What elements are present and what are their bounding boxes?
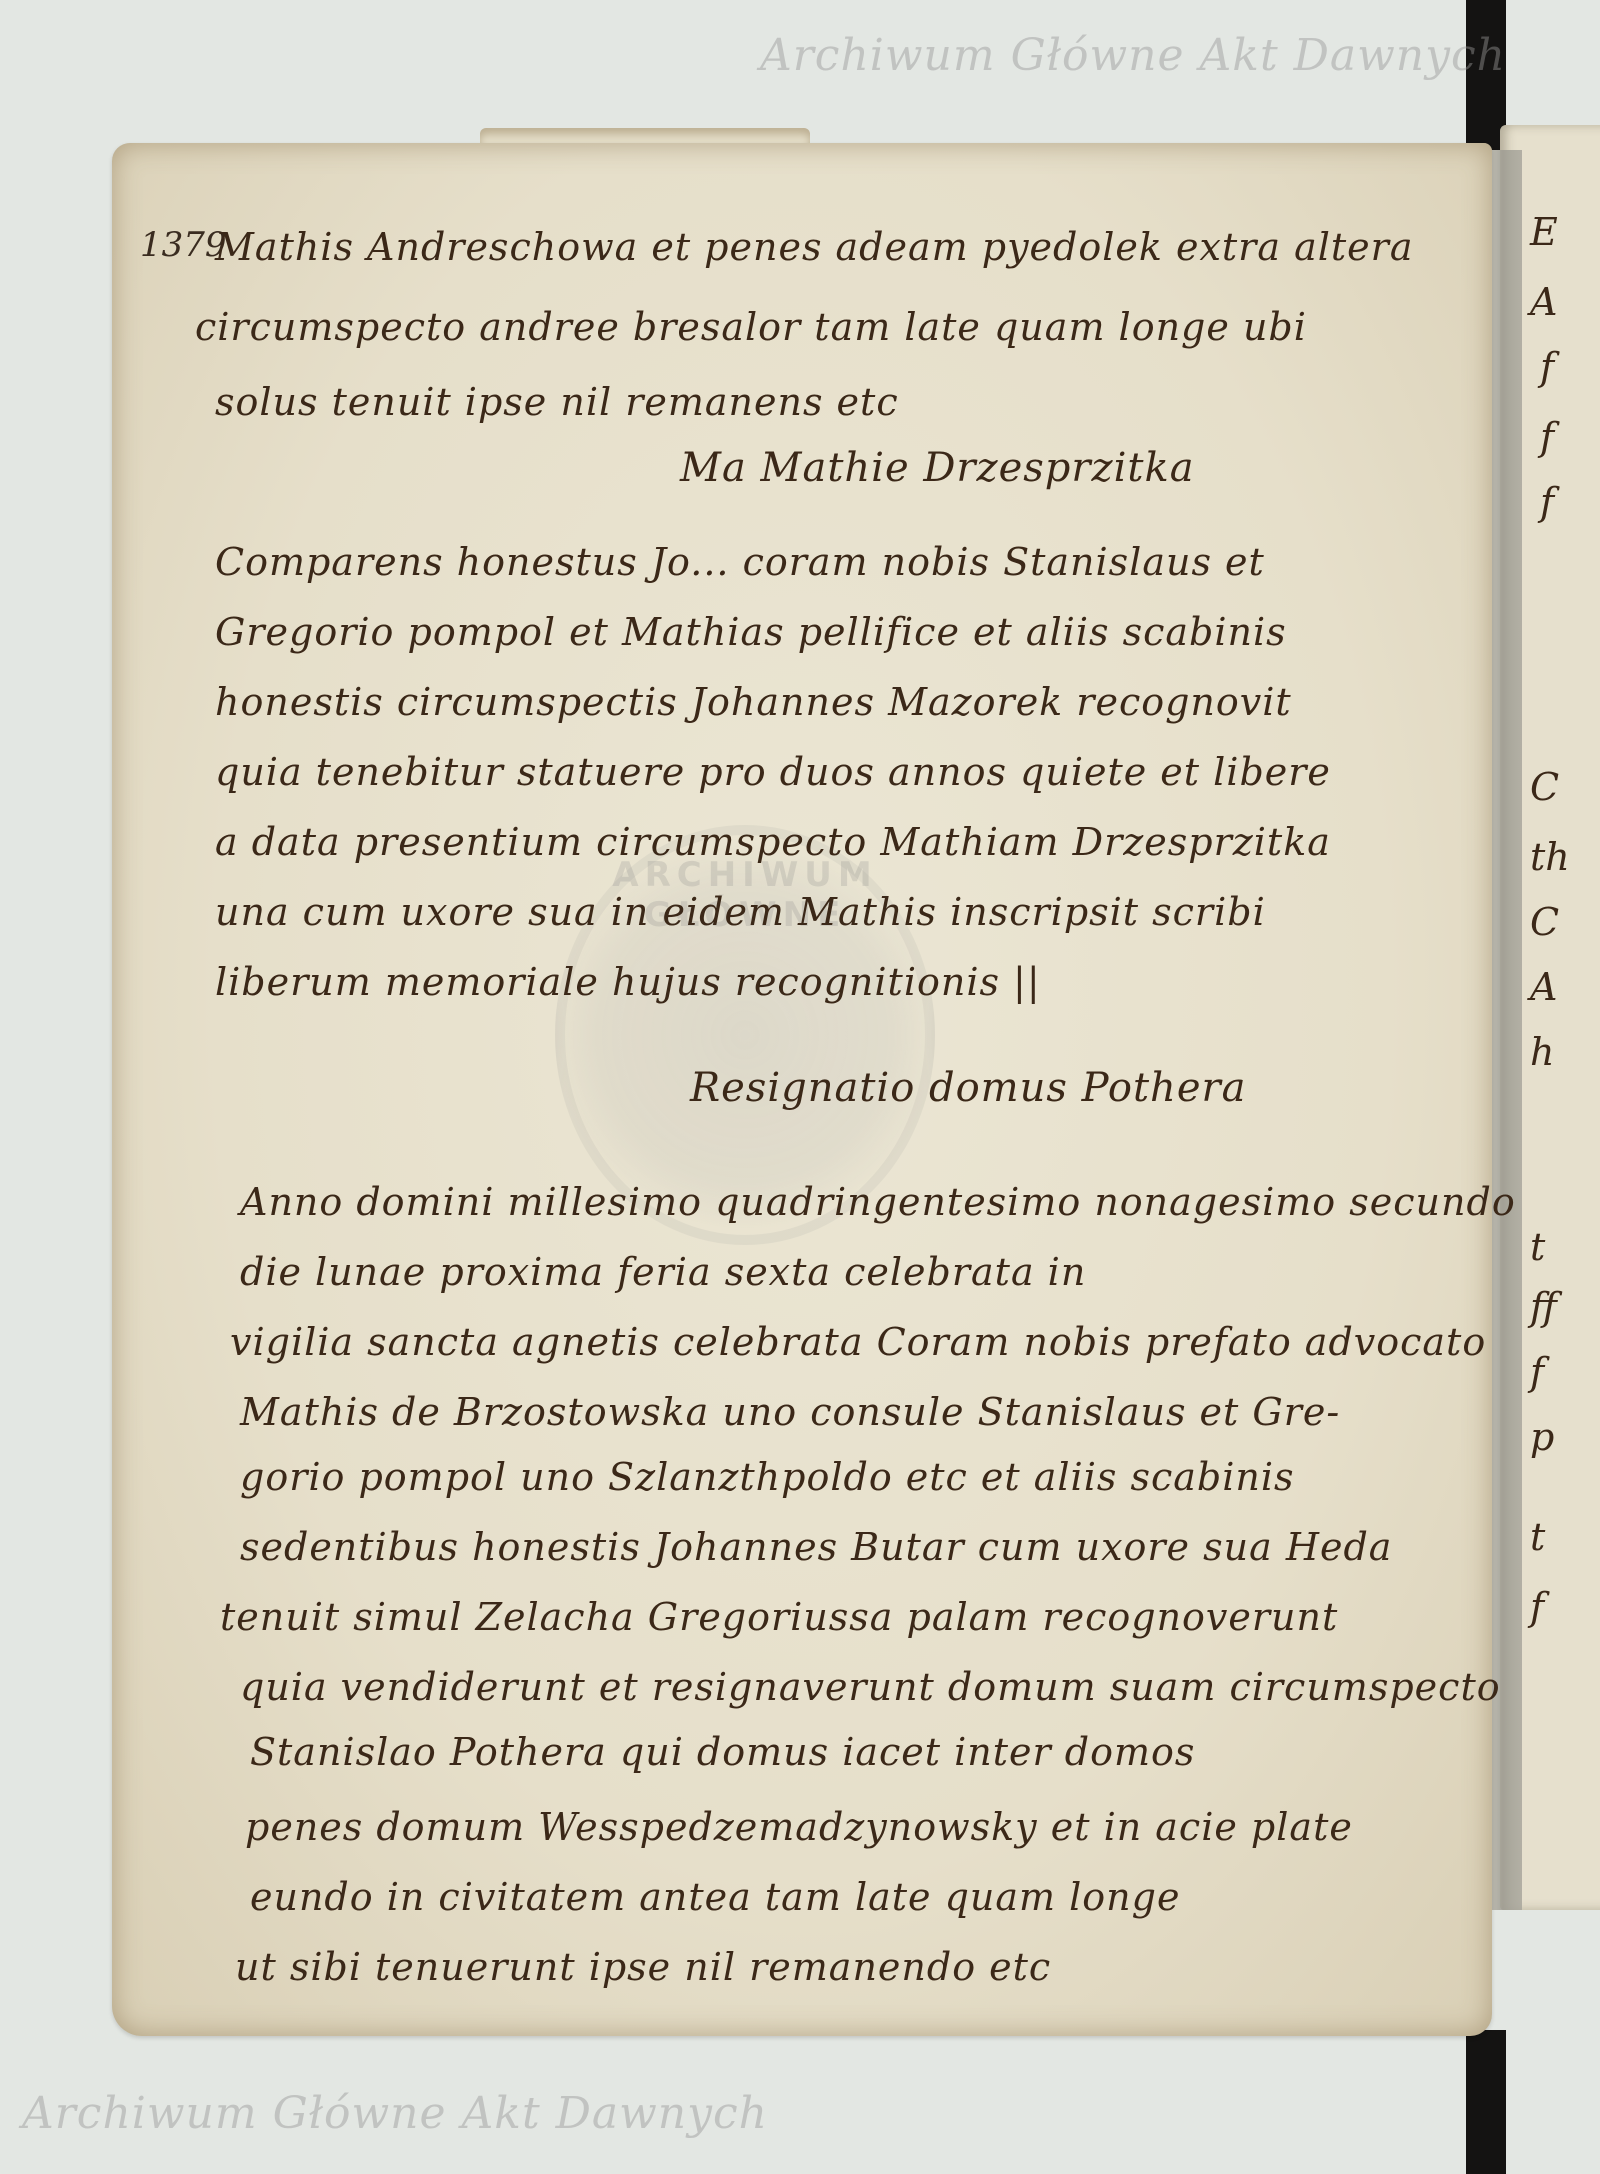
- manuscript-line: die lunae proxima feria sexta celebrata …: [240, 1250, 1086, 1294]
- manuscript-line: quia tenebitur statuere pro duos annos q…: [215, 750, 1331, 794]
- manuscript-line: Gregorio pompol et Mathias pellifice et …: [215, 610, 1287, 654]
- manuscript-line: eundo in civitatem antea tam late quam l…: [250, 1875, 1180, 1919]
- facing-page-glyph: f: [1540, 415, 1554, 459]
- facing-page-glyph: t: [1530, 1515, 1545, 1559]
- book-gutter-shadow: [1490, 150, 1522, 1910]
- facing-page-glyph: t: [1530, 1225, 1545, 1269]
- manuscript-line: solus tenuit ipse nil remanens etc: [215, 380, 899, 424]
- manuscript-line: Mathis de Brzostowska uno consule Stanis…: [240, 1390, 1340, 1434]
- section-heading: Resignatio domus Pothera: [690, 1065, 1246, 1111]
- facing-page-glyph: A: [1530, 280, 1557, 324]
- manuscript-line: a data presentium circumspecto Mathiam D…: [215, 820, 1331, 864]
- book-binding-strip-bottom: [1466, 2030, 1506, 2174]
- manuscript-line: honestis circumspectis Johannes Mazorek …: [215, 680, 1292, 724]
- section-heading: Ma Mathie Drzesprzitka: [680, 445, 1195, 491]
- folio-number: 1379: [140, 225, 227, 265]
- facing-page-glyph: h: [1530, 1030, 1554, 1074]
- facing-page-glyph: th: [1530, 835, 1570, 879]
- facing-page-glyph: E: [1530, 210, 1558, 254]
- facing-page-glyph: C: [1530, 900, 1559, 944]
- facing-page-glyph: f: [1530, 1585, 1544, 1629]
- facing-page-glyph: f: [1530, 1350, 1544, 1394]
- facing-page-glyph: p: [1530, 1415, 1554, 1459]
- manuscript-line: Comparens honestus Jo... coram nobis Sta…: [215, 540, 1265, 584]
- manuscript-line: gorio pompol uno Szlanzthpoldo etc et al…: [240, 1455, 1295, 1499]
- manuscript-line: sedentibus honestis Johannes Butar cum u…: [240, 1525, 1392, 1569]
- watermark-top: Archiwum Główne Akt Dawnych: [760, 30, 1506, 81]
- watermark-bottom: Archiwum Główne Akt Dawnych: [22, 2088, 768, 2139]
- manuscript-line: Anno domini millesimo quadringentesimo n…: [240, 1180, 1516, 1224]
- manuscript-line: penes domum Wesspedzemadzynowsky et in a…: [245, 1805, 1353, 1849]
- manuscript-line: una cum uxore sua in eidem Mathis inscri…: [215, 890, 1266, 934]
- manuscript-line: Stanislao Pothera qui domus iacet inter …: [250, 1730, 1195, 1774]
- manuscript-line: circumspecto andree bresalor tam late qu…: [195, 305, 1307, 349]
- facing-page-glyph: C: [1530, 765, 1559, 809]
- manuscript-line: tenuit simul Zelacha Gregoriussa palam r…: [220, 1595, 1338, 1639]
- facing-page-glyph: f: [1540, 345, 1554, 389]
- manuscript-line: ut sibi tenuerunt ipse nil remanendo etc: [235, 1945, 1051, 1989]
- facing-page-glyph: ff: [1530, 1285, 1557, 1329]
- manuscript-line: quia vendiderunt et resignaverunt domum …: [240, 1665, 1501, 1709]
- manuscript-line: Mathis Andreschowa et penes adeam pyedol…: [215, 225, 1413, 269]
- manuscript-line: vigilia sancta agnetis celebrata Coram n…: [230, 1320, 1486, 1364]
- facing-page-glyph: A: [1530, 965, 1557, 1009]
- facing-page-glyph: f: [1540, 480, 1554, 524]
- manuscript-line: liberum memoriale hujus recognitionis ||: [215, 960, 1041, 1004]
